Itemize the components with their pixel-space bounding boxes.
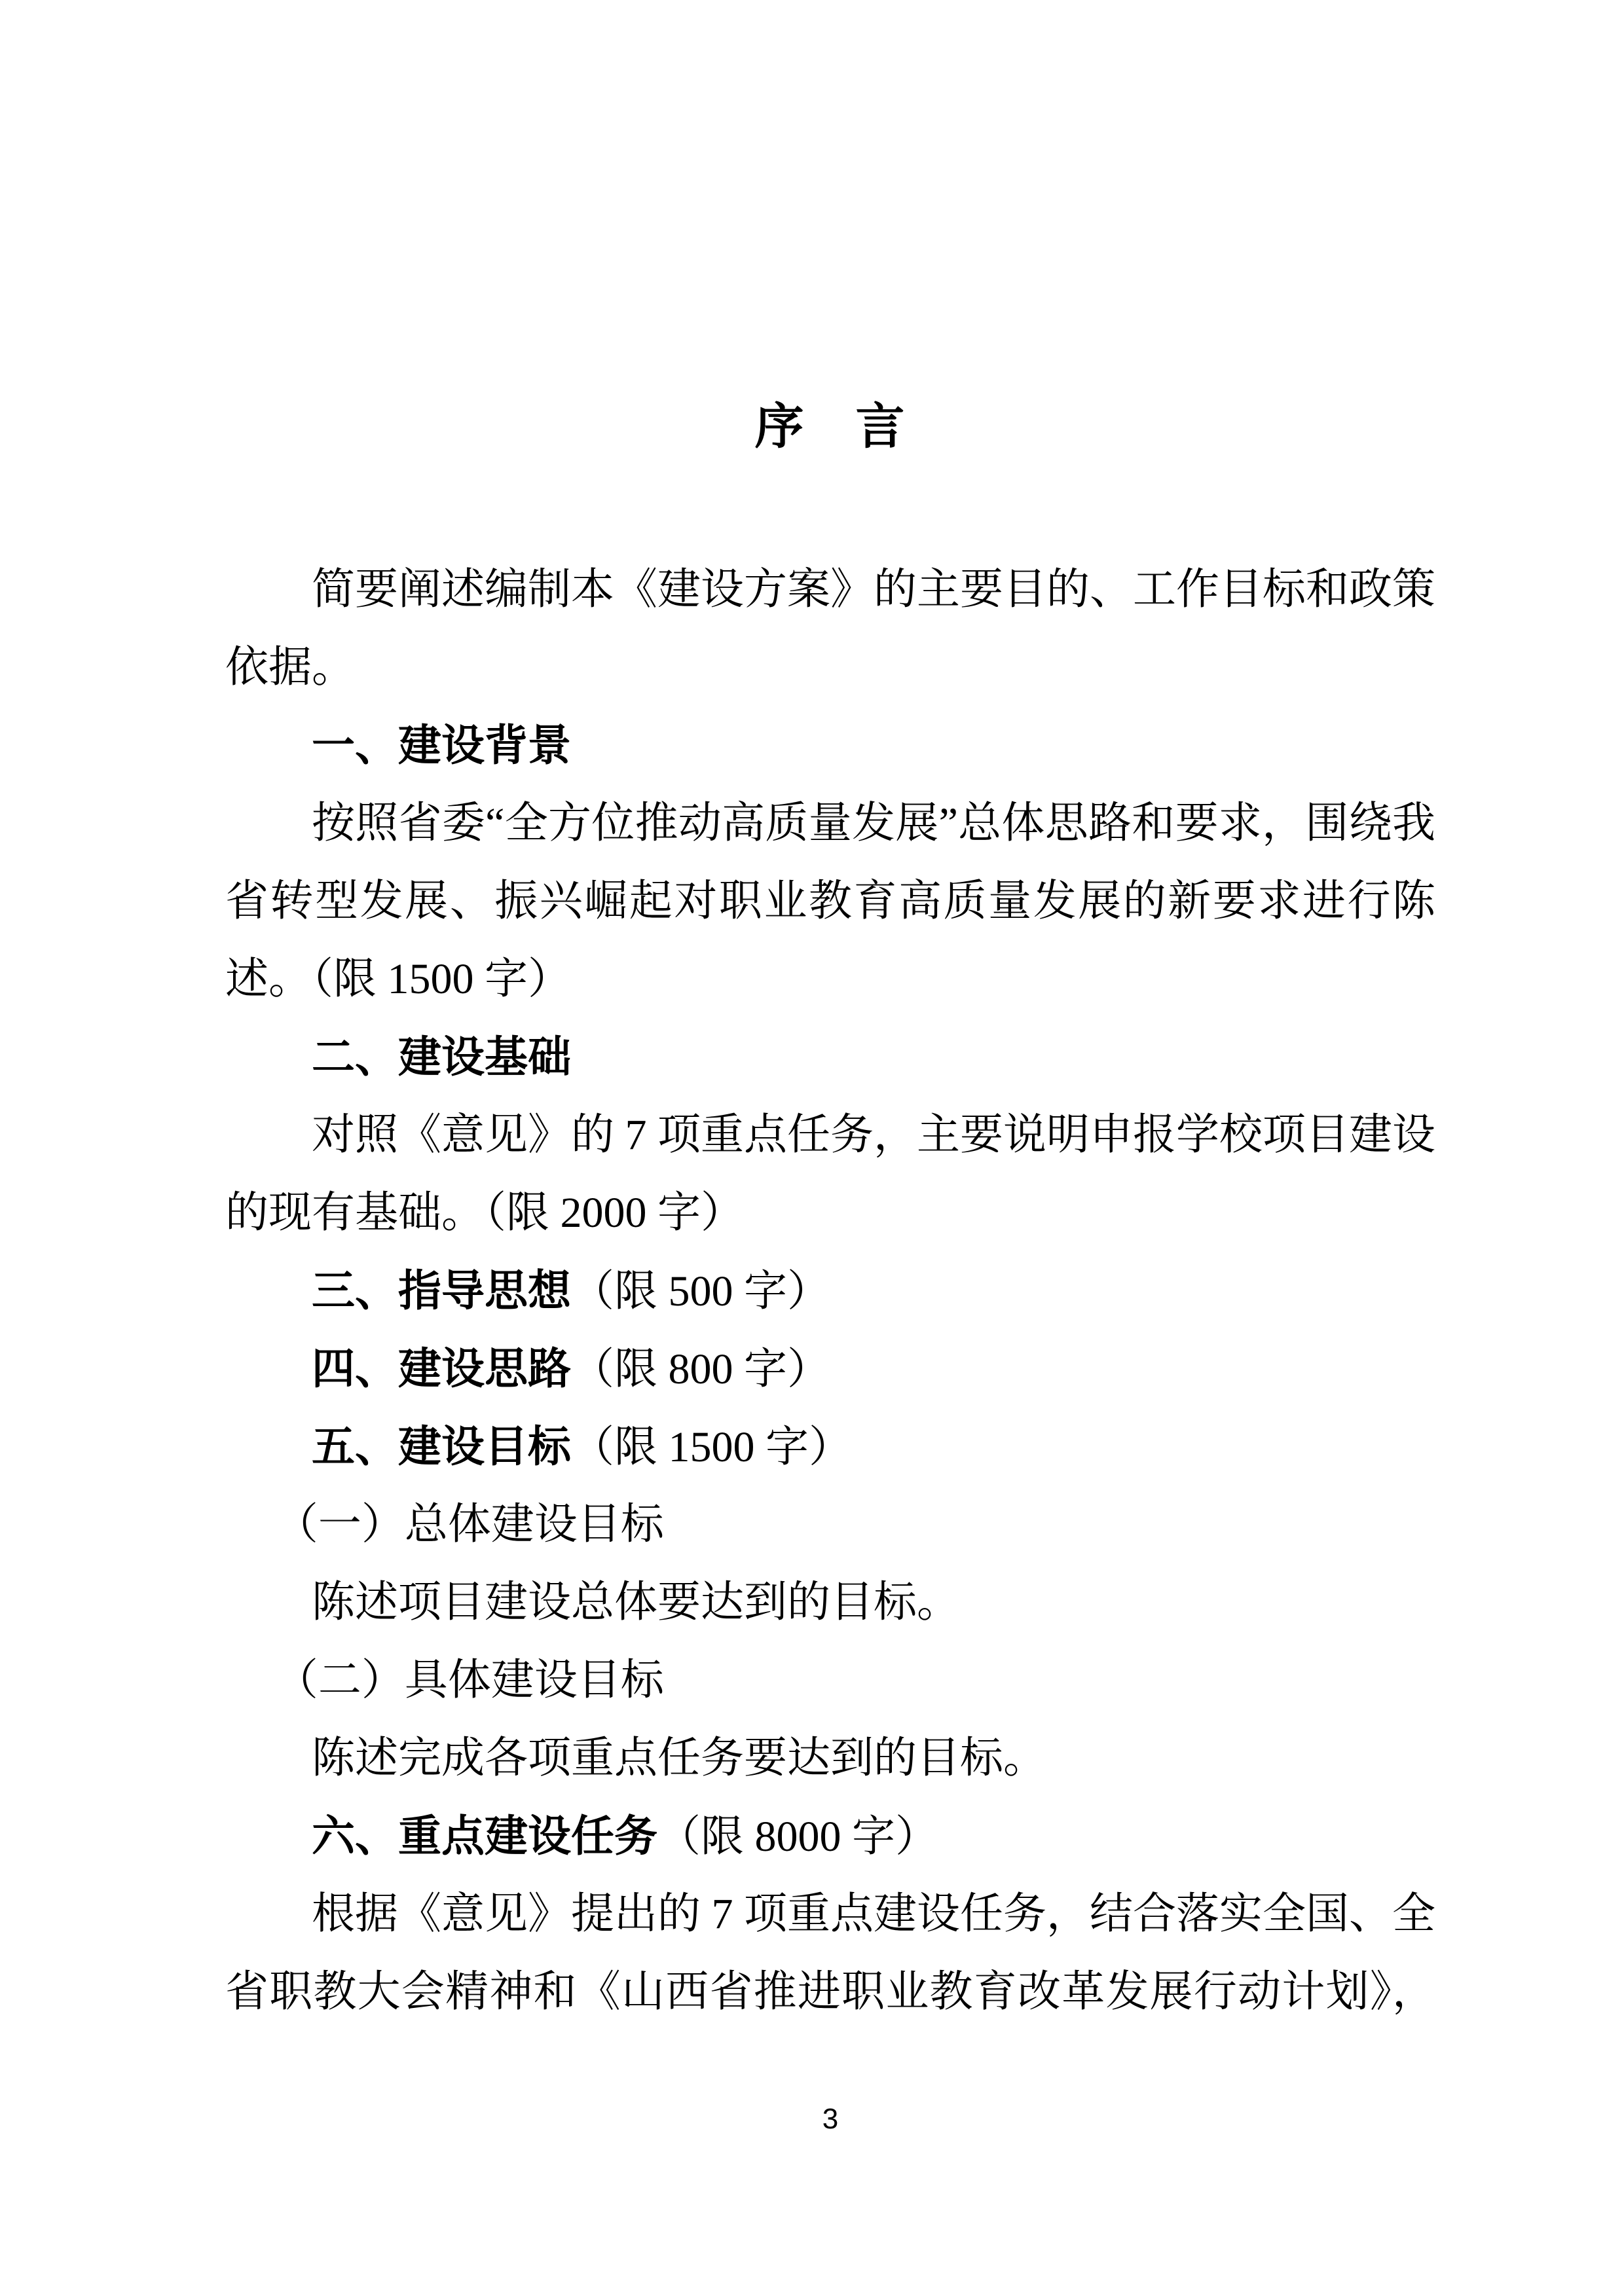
heading-run: 六、重点建设任务 xyxy=(312,1812,657,1860)
heading-run: 一、建设背景 xyxy=(312,721,571,769)
document-body: 简要阐述编制本《建设方案》的主要目的、工作目标和政策依据。一、建设背景按照省委“… xyxy=(225,551,1435,2031)
text-run: （限 1500 字） xyxy=(571,1423,852,1471)
text-run: 依据。 xyxy=(225,644,355,691)
text-run: 陈述完成各项重点任务要达到的目标。 xyxy=(312,1734,1046,1782)
heading-run: 三、指导思想 xyxy=(312,1266,571,1315)
text-line: 六、重点建设任务（限 8000 字） xyxy=(225,1797,1435,1875)
text-line: 省转型发展、振兴崛起对职业教育高质量发展的新要求进行陈 xyxy=(225,862,1435,940)
text-run: 对照《意见》的 7 项重点任务，主要说明申报学校项目建设 xyxy=(312,1111,1435,1159)
text-line: 述。（限 1500 字） xyxy=(225,940,1435,1018)
document-page: 序 言 简要阐述编制本《建设方案》的主要目的、工作目标和政策依据。一、建设背景按… xyxy=(0,0,1624,2296)
text-line: 陈述项目建设总体要达到的目标。 xyxy=(225,1563,1435,1641)
text-line: 五、建设目标（限 1500 字） xyxy=(225,1408,1435,1485)
heading-run: 二、建设基础 xyxy=(312,1032,571,1081)
text-line: 对照《意见》的 7 项重点任务，主要说明申报学校项目建设 xyxy=(225,1096,1435,1174)
heading-run: 四、建设思路 xyxy=(312,1344,571,1393)
text-line: 省职教大会精神和《山西省推进职业教育改革发展行动计划》， xyxy=(225,1953,1435,2031)
page-number: 3 xyxy=(225,2100,1435,2139)
text-run: （限 500 字） xyxy=(571,1267,830,1315)
text-line: 依据。 xyxy=(225,629,1435,706)
text-run: 省职教大会精神和《山西省推进职业教育改革发展行动计划》， xyxy=(225,1968,1435,2016)
text-line: 三、指导思想（限 500 字） xyxy=(225,1252,1435,1330)
text-run: 按照省委“全方位推动高质量发展”总体思路和要求，围绕我 xyxy=(312,799,1435,847)
text-run: 省转型发展、振兴崛起对职业教育高质量发展的新要求进行陈 xyxy=(225,877,1435,925)
text-run: 述。（限 1500 字） xyxy=(225,955,571,1003)
text-line: 按照省委“全方位推动高质量发展”总体思路和要求，围绕我 xyxy=(225,784,1435,862)
text-line: （二）具体建设目标 xyxy=(225,1641,1435,1719)
text-line: 一、建设背景 xyxy=(225,706,1435,784)
text-run: 陈述项目建设总体要达到的目标。 xyxy=(312,1578,960,1626)
text-run: （一）总体建设目标 xyxy=(275,1501,664,1548)
text-line: （一）总体建设目标 xyxy=(225,1485,1435,1563)
text-run: （二）具体建设目标 xyxy=(275,1656,664,1704)
text-line: 陈述完成各项重点任务要达到的目标。 xyxy=(225,1719,1435,1797)
text-run: （限 8000 字） xyxy=(657,1813,938,1861)
text-line: 的现有基础。（限 2000 字） xyxy=(225,1174,1435,1252)
text-line: 二、建设基础 xyxy=(225,1018,1435,1096)
text-run: （限 800 字） xyxy=(571,1345,830,1393)
text-run: 简要阐述编制本《建设方案》的主要目的、工作目标和政策 xyxy=(312,566,1435,613)
text-line: 根据《意见》提出的 7 项重点建设任务，结合落实全国、全 xyxy=(225,1875,1435,1953)
text-line: 四、建设思路（限 800 字） xyxy=(225,1330,1435,1408)
page-title: 序 言 xyxy=(225,392,1435,460)
text-run: 的现有基础。（限 2000 字） xyxy=(225,1189,744,1237)
text-run: 根据《意见》提出的 7 项重点建设任务，结合落实全国、全 xyxy=(312,1890,1435,1938)
heading-run: 五、建设目标 xyxy=(312,1422,571,1470)
text-line: 简要阐述编制本《建设方案》的主要目的、工作目标和政策 xyxy=(225,551,1435,629)
